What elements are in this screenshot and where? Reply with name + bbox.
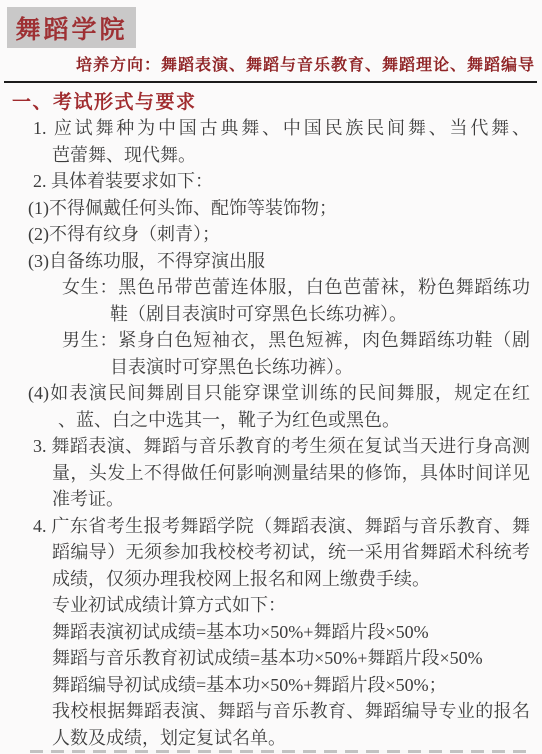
text-line: (2)不得有纹身（刺青）； xyxy=(0,221,530,248)
text-line: 专业初试成绩计算方式如下： xyxy=(0,592,530,619)
text-line: 鞋（剧目表演时可穿黑色长练功裤）。 xyxy=(0,301,530,328)
text-line: 2. 具体着装要求如下： xyxy=(0,168,530,195)
text-line: 舞蹈表演初试成绩=基本功×50%+舞蹈片段×50% xyxy=(0,619,530,646)
text-line: 、蓝、白之中选其一，靴子为红色或黑色。 xyxy=(0,407,530,434)
section-heading: 一、考试形式与要求 xyxy=(12,92,542,114)
text-line: 成绩，仅须办理我校网上报名和网上缴费手续。 xyxy=(0,566,530,593)
text-line: 蹈编导）无须参加我校校考初试，统一采用省舞蹈术科统考 xyxy=(0,539,530,566)
text-line: 舞蹈与音乐教育初试成绩=基本功×50%+舞蹈片段×50% xyxy=(0,645,530,672)
text-line: (1)不得佩戴任何头饰、配饰等装饰物； xyxy=(0,195,530,222)
text-line: 3. 舞蹈表演、舞蹈与音乐教育的考生须在复试当天进行身高测 xyxy=(0,433,530,460)
header-divider xyxy=(4,81,537,83)
title-box: 舞蹈学院 xyxy=(7,7,136,48)
text-line: (4)如表演民间舞剧目只能穿课堂训练的民间舞服，规定在红 xyxy=(0,380,530,407)
training-direction-line: 培养方向：舞蹈表演、舞蹈与音乐教育、舞蹈理论、舞蹈编导 xyxy=(0,56,542,76)
text-line: 男生：紧身白色短袖衣，黑色短裤，肉色舞蹈练功鞋（剧 xyxy=(0,327,530,354)
text-line: 芭蕾舞、现代舞。 xyxy=(0,142,530,169)
text-line: 4. 广东省考生报考舞蹈学院（舞蹈表演、舞蹈与音乐教育、舞 xyxy=(0,513,530,540)
text-line: 女生：黑色吊带芭蕾连体服，白色芭蕾袜，粉色舞蹈练功 xyxy=(0,274,530,301)
text-line: 目表演时可穿黑色长练功裤）。 xyxy=(0,354,530,381)
content-body: 1. 应试舞种为中国古典舞、中国民族民间舞、当代舞、芭蕾舞、现代舞。2. 具体着… xyxy=(0,115,542,751)
clipped-next-line-fragment xyxy=(30,750,526,753)
text-line: 人数及成绩，划定复试名单。 xyxy=(0,725,530,752)
document-page: 舞蹈学院 培养方向：舞蹈表演、舞蹈与音乐教育、舞蹈理论、舞蹈编导 一、考试形式与… xyxy=(0,0,542,754)
text-line: (3)自备练功服，不得穿演出服 xyxy=(0,248,530,275)
text-line: 1. 应试舞种为中国古典舞、中国民族民间舞、当代舞、 xyxy=(0,115,530,142)
page-title: 舞蹈学院 xyxy=(15,10,127,46)
text-line: 准考证。 xyxy=(0,486,530,513)
text-line: 量，头发上不得做任何影响测量结果的修饰，具体时间详见 xyxy=(0,460,530,487)
text-line: 我校根据舞蹈表演、舞蹈与音乐教育、舞蹈编导专业的报名 xyxy=(0,698,530,725)
text-line: 舞蹈编导初试成绩=基本功×50%+舞蹈片段×50%； xyxy=(0,672,530,699)
